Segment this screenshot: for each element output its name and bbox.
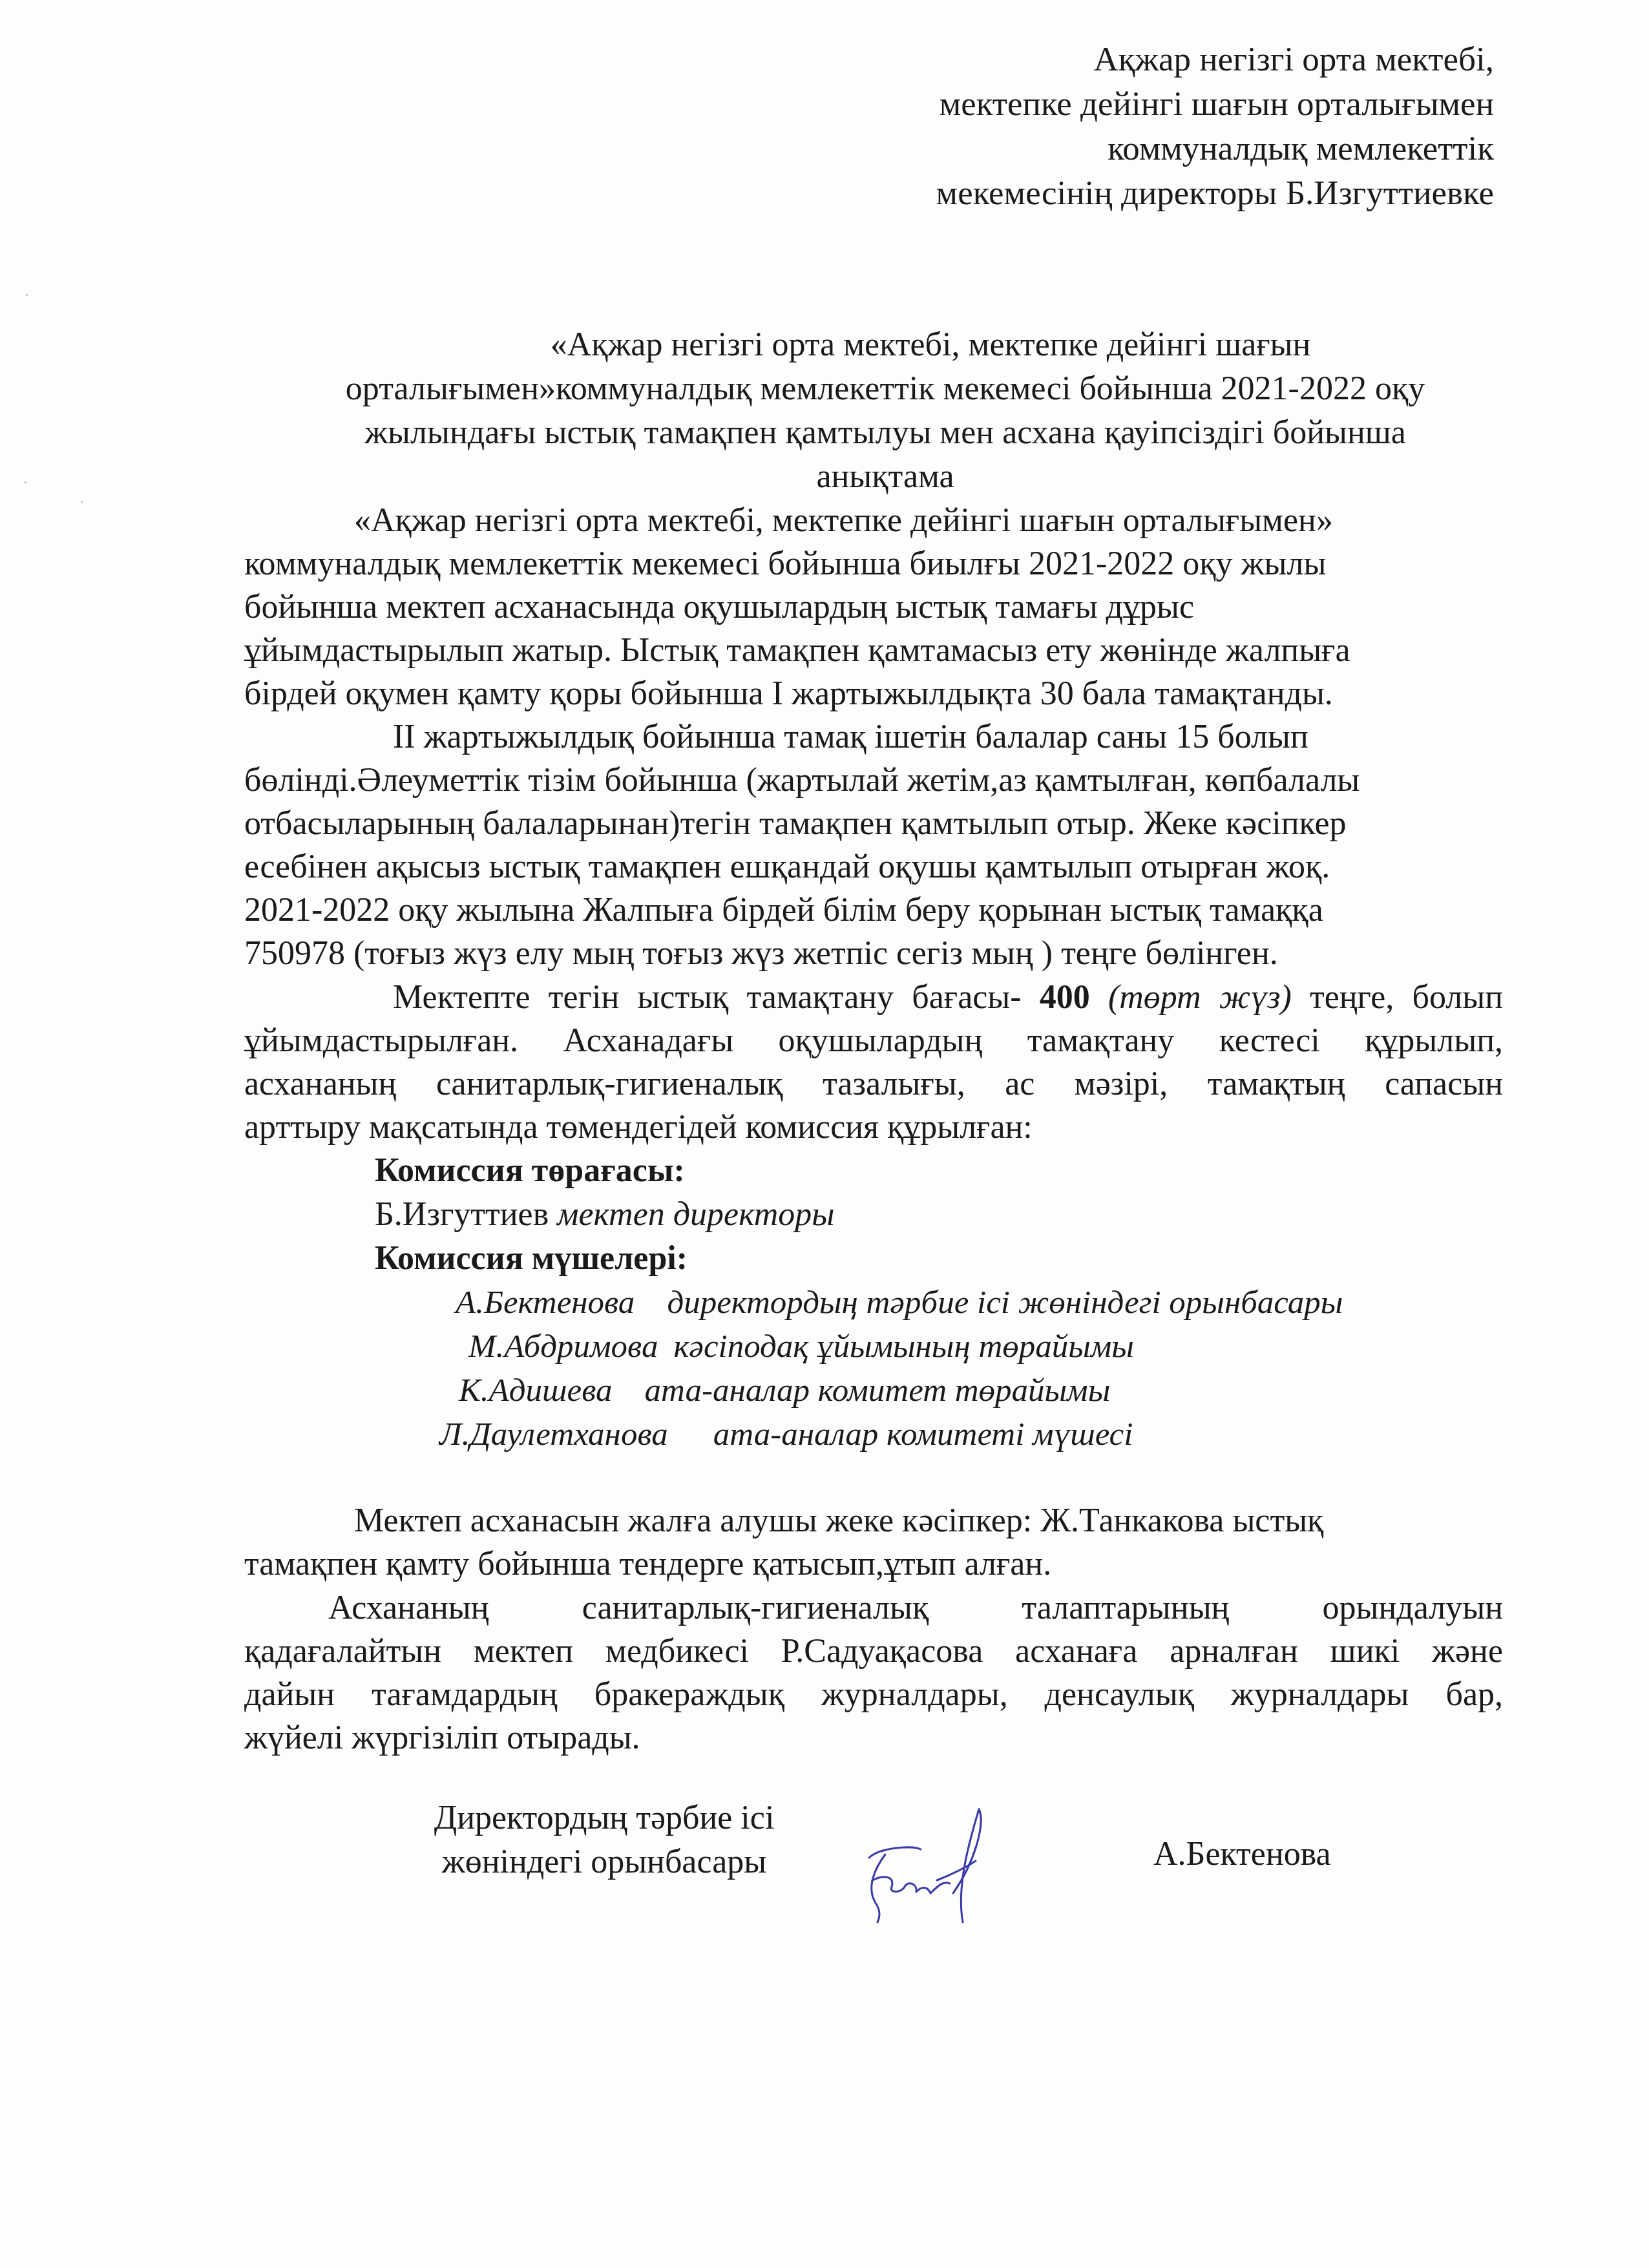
role-line: Директордың тәрбие ісі xyxy=(397,1796,811,1840)
paragraph-line: II жартыжылдық бойынша тамақ ішетін бала… xyxy=(244,715,1503,759)
members-heading: Комиссия мүшелері: xyxy=(375,1237,1343,1281)
addressee-line: мекемесінің директоры Б.Изгуттиевке xyxy=(783,171,1494,216)
member-name: К.Адишева xyxy=(459,1372,613,1409)
paragraph-line: арттыру мақсатында төмендегідей комиссия… xyxy=(244,1106,1503,1149)
paragraph-price: Мектепте тегін ыстық тамақтану бағасы- 4… xyxy=(244,976,1503,1149)
chair-role: мектеп директоры xyxy=(557,1196,834,1233)
paragraph-line: жүйелі жүргізіліп отырады. xyxy=(244,1716,1503,1759)
role-line: жөніндегі орынбасары xyxy=(397,1840,811,1884)
paragraph-tender: Мектеп асханасын жалға алушы жеке кәсіпк… xyxy=(244,1499,1503,1586)
signatory-name: А.Бектенова xyxy=(1153,1835,1331,1873)
paragraph-line: Асхананың санитарлық-гигиеналық талаптар… xyxy=(244,1586,1503,1630)
title-line: анықтама xyxy=(271,455,1499,499)
member-name: Л.Даулетханова xyxy=(439,1416,668,1453)
paragraph-line: есебінен ақысыз ыстық тамақпен ешқандай … xyxy=(244,845,1503,888)
paragraph-line: бірдей оқумен қамту қоры бойынша I жарты… xyxy=(244,672,1503,715)
paragraph-line: «Ақжар негізгі орта мектебі, мектепке де… xyxy=(244,499,1503,542)
member-role: ата-аналар комитет төрайымы xyxy=(645,1372,1111,1409)
member-role: кәсіподақ ұйымының төрайымы xyxy=(673,1328,1134,1365)
paragraph-line: коммуналдық мемлекеттік мекемесі бойынша… xyxy=(244,542,1503,585)
paragraph-line: 750978 (тоғыз жүз елу мың тоғыз жүз жетп… xyxy=(244,932,1503,975)
member-role: директордың тәрбие ісі жөніндегі орынбас… xyxy=(667,1285,1343,1321)
addressee-line: коммуналдық мемлекеттік xyxy=(783,127,1494,171)
chair-heading: Комиссия төрағасы: xyxy=(375,1149,1343,1193)
paragraph-line: бөлінді.Әлеуметтік тізім бойынша (жартыл… xyxy=(244,759,1503,802)
paragraph-line: Мектеп асханасын жалға алушы жеке кәсіпк… xyxy=(244,1499,1503,1542)
paragraph-line: дайын тағамдардың бракераждық журналдары… xyxy=(244,1673,1503,1716)
addressee-line: Ақжар негізгі орта мектебі, xyxy=(783,37,1494,82)
chair-name: Б.Изгуттиев xyxy=(375,1196,549,1233)
paragraph-line: ұйымдастырылып жатыр. Ыстық тамақпен қам… xyxy=(244,629,1503,672)
signatory-role: Директордың тәрбие ісі жөніндегі орынбас… xyxy=(397,1796,811,1884)
paragraph-intro: «Ақжар негізгі орта мектебі, мектепке де… xyxy=(244,499,1503,975)
scan-speck xyxy=(26,294,28,296)
document-title: «Ақжар негізгі орта мектебі, мектепке де… xyxy=(271,323,1499,499)
scan-speck xyxy=(81,501,83,503)
price-suffix: теңге, болып xyxy=(1292,979,1503,1016)
title-line: «Ақжар негізгі орта мектебі, мектепке де… xyxy=(271,323,1499,367)
paragraph-line: бойынша мектеп асханасында оқушылардың ы… xyxy=(244,585,1503,629)
paragraph-sanitary: Асхананың санитарлық-гигиеналық талаптар… xyxy=(244,1586,1503,1759)
scan-speck xyxy=(25,481,26,483)
paragraph-line: 2021-2022 оқу жылына Жалпыға бірдей білі… xyxy=(244,888,1503,932)
title-line: жылындағы ыстық тамақпен қамтылуы мен ас… xyxy=(271,411,1499,455)
paragraph-line: асхананың санитарлық-гигиеналық тазалығы… xyxy=(244,1062,1503,1106)
chair-row: Б.Изгуттиев мектеп директоры xyxy=(375,1193,1343,1237)
price-value: 400 xyxy=(1040,979,1090,1016)
paragraph-line: ұйымдастырылған. Асханадағы оқушылардың … xyxy=(244,1019,1503,1062)
member-row: Л.Даулетхановаата-аналар комитеті мүшесі xyxy=(375,1412,1343,1456)
document-page: Ақжар негізгі орта мектебі, мектепке дей… xyxy=(0,0,1649,2268)
paragraph-line: қадағалайтын мектеп медбикесі Р.Садуақас… xyxy=(244,1630,1503,1673)
commission-block: Комиссия төрағасы: Б.Изгуттиев мектеп ди… xyxy=(375,1149,1343,1456)
member-row: М.Абдримовакәсіподақ ұйымының төрайымы xyxy=(375,1325,1343,1369)
handwritten-signature-icon xyxy=(840,1790,1034,1938)
member-name: А.Бектенова xyxy=(456,1285,635,1321)
member-role: ата-аналар комитеті мүшесі xyxy=(713,1416,1133,1453)
addressee-line: мектепке дейінгі шағын орталығымен xyxy=(783,82,1494,127)
paragraph-line: отбасыларының балаларынан)тегін тамақпен… xyxy=(244,802,1503,845)
member-row: К.Адишеваата-аналар комитет төрайымы xyxy=(375,1369,1343,1412)
price-prefix: Мектепте тегін ыстық тамақтану бағасы- xyxy=(393,979,1040,1016)
member-row: А.Бектеновадиректордың тәрбие ісі жөнінд… xyxy=(375,1281,1343,1325)
paragraph-line: тамақпен қамту бойынша тендерге қатысып,… xyxy=(244,1542,1503,1586)
addressee-block: Ақжар негізгі орта мектебі, мектепке дей… xyxy=(783,37,1494,216)
price-words: (төрт жүз) xyxy=(1108,979,1292,1016)
title-line: орталығымен»коммуналдық мемлекеттік меке… xyxy=(271,367,1499,411)
member-name: М.Абдримова xyxy=(468,1328,658,1365)
price-line: Мектепте тегін ыстық тамақтану бағасы- 4… xyxy=(244,976,1503,1019)
